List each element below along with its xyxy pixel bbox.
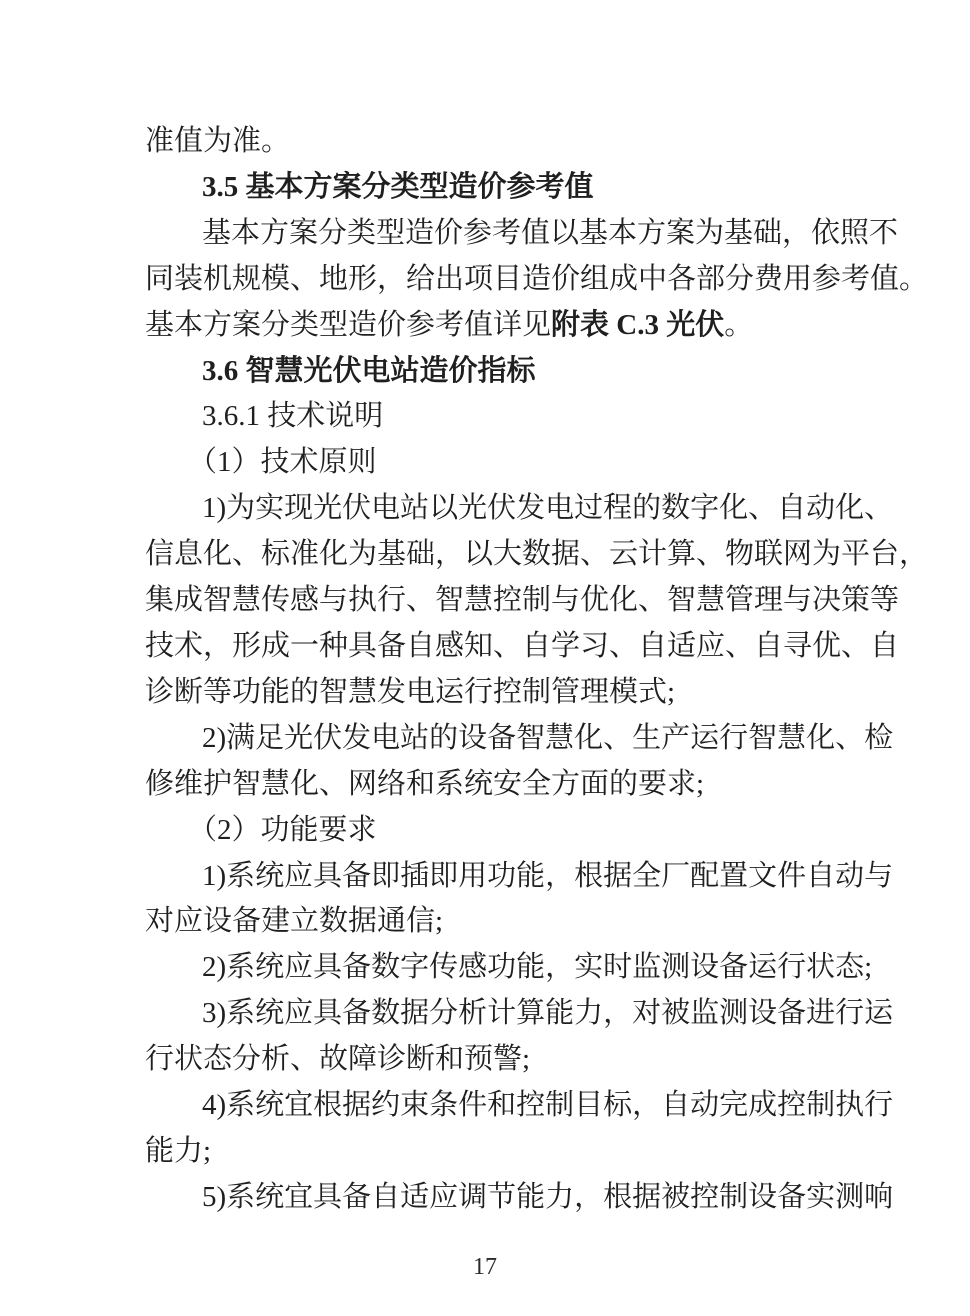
page-number: 17: [0, 1252, 970, 1282]
plain-text: 对应设备建立数据通信;: [145, 905, 443, 937]
plain-text: 诊断等功能的智慧发电运行控制管理模式;: [145, 676, 675, 708]
text-line: 行状态分析、故障诊断和预警;: [145, 1037, 825, 1083]
plain-text: 基本方案分类型造价参考值以基本方案为基础，依照不: [202, 217, 898, 249]
plain-text: 2)满足光伏发电站的设备智慧化、生产运行智慧化、检: [202, 722, 893, 754]
plain-text: 准值为准。: [145, 125, 290, 157]
plain-text: 同装机规模、地形，给出项目造价组成中各部分费用参考值。: [145, 263, 928, 295]
plain-text: 修维护智慧化、网络和系统安全方面的要求;: [145, 768, 704, 800]
plain-text: 基本方案分类型造价参考值详见: [145, 309, 551, 341]
text-line: 5)系统宜具备自适应调节能力，根据被控制设备实测响: [145, 1175, 825, 1221]
plain-text: 1)为实现光伏电站以光伏发电过程的数字化、自动化、: [202, 492, 893, 524]
plain-text: 4)系统宜根据约束条件和控制目标，自动完成控制执行: [202, 1089, 893, 1121]
text-line: 基本方案分类型造价参考值以基本方案为基础，依照不: [145, 211, 825, 257]
text-line: 能力;: [145, 1129, 825, 1175]
text-line: 1)为实现光伏电站以光伏发电过程的数字化、自动化、: [145, 486, 825, 532]
text-line: 对应设备建立数据通信;: [145, 899, 825, 945]
text-line: 2)满足光伏发电站的设备智慧化、生产运行智慧化、检: [145, 716, 825, 762]
text-line: 技术，形成一种具备自感知、自学习、自适应、自寻优、自: [145, 624, 825, 670]
plain-text: （2）功能要求: [188, 814, 377, 846]
text-line: 同装机规模、地形，给出项目造价组成中各部分费用参考值。: [145, 257, 825, 303]
plain-text: 信息化、标准化为基础，以大数据、云计算、物联网为平台，: [145, 538, 928, 570]
text-line: 准值为准。: [145, 119, 825, 165]
text-line: 4)系统宜根据约束条件和控制目标，自动完成控制执行: [145, 1083, 825, 1129]
bold-text: 3.5 基本方案分类型造价参考值: [202, 171, 594, 203]
section-heading: 3.6 智慧光伏电站造价指标: [145, 349, 825, 395]
bold-text: 附表 C.3 光伏: [551, 309, 724, 341]
text-line: 1)系统应具备即插即用功能，根据全厂配置文件自动与: [145, 854, 825, 900]
plain-text: 3.6.1 技术说明: [202, 400, 383, 432]
plain-text: 2)系统应具备数字传感功能，实时监测设备运行状态;: [202, 951, 872, 983]
plain-text: 行状态分析、故障诊断和预警;: [145, 1043, 530, 1075]
text-line: （1）技术原则: [145, 440, 825, 486]
text-line: 信息化、标准化为基础，以大数据、云计算、物联网为平台，: [145, 532, 825, 578]
text-line: 诊断等功能的智慧发电运行控制管理模式;: [145, 670, 825, 716]
page-body: 准值为准。3.5 基本方案分类型造价参考值基本方案分类型造价参考值以基本方案为基…: [145, 119, 825, 1221]
plain-text: 1)系统应具备即插即用功能，根据全厂配置文件自动与: [202, 860, 893, 892]
section-heading: 3.5 基本方案分类型造价参考值: [145, 165, 825, 211]
document-page: 准值为准。3.5 基本方案分类型造价参考值基本方案分类型造价参考值以基本方案为基…: [0, 0, 970, 1316]
plain-text: 。: [724, 309, 753, 341]
plain-text: 能力;: [145, 1135, 211, 1167]
plain-text: 集成智慧传感与执行、智慧控制与优化、智慧管理与决策等: [145, 584, 899, 616]
text-line: 3.6.1 技术说明: [145, 394, 825, 440]
text-line: 2)系统应具备数字传感功能，实时监测设备运行状态;: [145, 945, 825, 991]
plain-text: 3)系统应具备数据分析计算能力，对被监测设备进行运: [202, 997, 893, 1029]
bold-text: 3.6 智慧光伏电站造价指标: [202, 355, 536, 387]
plain-text: 5)系统宜具备自适应调节能力，根据被控制设备实测响: [202, 1181, 893, 1213]
text-line: 修维护智慧化、网络和系统安全方面的要求;: [145, 762, 825, 808]
plain-text: 技术，形成一种具备自感知、自学习、自适应、自寻优、自: [145, 630, 899, 662]
text-line: （2）功能要求: [145, 808, 825, 854]
text-line: 基本方案分类型造价参考值详见附表 C.3 光伏。: [145, 303, 825, 349]
text-line: 集成智慧传感与执行、智慧控制与优化、智慧管理与决策等: [145, 578, 825, 624]
text-line: 3)系统应具备数据分析计算能力，对被监测设备进行运: [145, 991, 825, 1037]
plain-text: （1）技术原则: [188, 446, 377, 478]
